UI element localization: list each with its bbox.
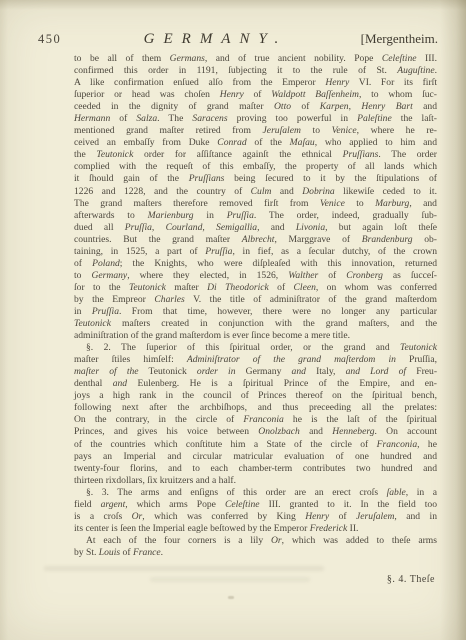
italic-text: Germans <box>170 53 205 64</box>
roman-text: , to whom ſuc- <box>359 89 437 100</box>
italic-text: Brandenburg <box>362 234 413 245</box>
text-line: ceived an embaſſy from Duke Conrad of th… <box>74 137 437 149</box>
roman-text: A like confirmation enſued alſo from the… <box>74 77 325 88</box>
text-line: denthal and Eulenberg. He is a ſpiritual… <box>74 378 437 390</box>
text-line: mentioned grand maſter retired from Jeru… <box>74 125 437 137</box>
roman-text: . <box>435 65 437 76</box>
roman-text: field <box>74 499 101 510</box>
text-line: following next after the archbiſhops, an… <box>74 402 437 414</box>
italic-text: Livonia <box>296 222 325 233</box>
running-title: GERMANY. <box>61 31 360 48</box>
italic-text: Waldpott Baſſenheim <box>271 89 359 100</box>
italic-text: argent <box>101 499 126 510</box>
italic-text: Or <box>132 511 143 522</box>
roman-text: he is the laſt of the ſpiritual <box>284 414 437 425</box>
text-line: countries. But the grand maſter Albrecht… <box>74 234 437 246</box>
roman-text: of the countries which conſtitute him a … <box>74 439 377 450</box>
italic-text: Teutonick <box>400 342 437 353</box>
roman-text: maſter ſtiles himſelf: <box>74 354 187 365</box>
roman-text: ſuperior or head was choſen <box>74 89 220 100</box>
roman-text: in <box>194 210 227 221</box>
roman-text: of <box>244 89 272 100</box>
italic-text: Otto <box>274 101 291 112</box>
text-line: §. 3. The arms and enſigns of this order… <box>74 487 437 499</box>
roman-text: joys a high rank in the council of Princ… <box>74 390 437 401</box>
text-line: of Poland; the Knights, who were diſplea… <box>74 258 437 270</box>
text-line: dued all Pruſſia, Courland, Semigallia, … <box>74 222 437 234</box>
roman-text: maſters created in conjunction with the … <box>111 318 437 329</box>
roman-text: adminiſtration of the grand maſterdom is… <box>74 330 350 341</box>
italic-text: Salza <box>136 113 157 124</box>
text-line: thirteen rixdollars, ſix kruitzers and a… <box>74 475 437 487</box>
text-line: At each of the four corners is a lily Or… <box>74 535 437 547</box>
italic-text: Walther <box>288 270 318 281</box>
roman-text: , and <box>257 222 296 233</box>
italic-text: Conrad <box>217 137 246 148</box>
roman-text: of the <box>247 137 290 148</box>
roman-text: , he <box>417 439 437 450</box>
italic-text: Pruſſia <box>205 246 232 257</box>
roman-text: , which was added to theſe arms <box>282 535 437 546</box>
roman-text: , and of true ancient nobility. Pope <box>205 53 382 64</box>
roman-text: VI. For its firſt <box>349 77 437 88</box>
italic-text: Poland <box>92 258 120 269</box>
roman-text: §. 3. The arms and enſigns of this order… <box>86 487 387 498</box>
text-line: by St. Louis of France. <box>74 547 437 559</box>
roman-text: of <box>291 101 320 112</box>
italic-text: maſter of the <box>74 366 139 377</box>
italic-text: Auguſtine <box>397 65 434 76</box>
roman-text: as ſucceſ- <box>383 270 437 281</box>
book-page: 450 GERMANY. [Mergentheim. to be all of … <box>0 0 466 640</box>
italic-text: Charles <box>154 294 184 305</box>
italic-text: Henry <box>305 511 329 522</box>
roman-text: following next after the archbiſhops, an… <box>74 402 437 413</box>
text-line: ceeded in the dignity of grand maſter Ot… <box>74 101 437 113</box>
italic-text: and Lord of <box>346 366 406 377</box>
roman-text: , which arms Pope <box>125 499 225 510</box>
text-line: is a croſs Or, which was conferred by Ki… <box>74 511 437 523</box>
italic-text: Pruſſians <box>189 173 225 184</box>
roman-text: and <box>413 101 437 112</box>
roman-text: . <box>161 547 163 558</box>
roman-text: of <box>329 511 356 522</box>
italic-text: Paleſtine <box>357 113 392 124</box>
italic-text: Maſau <box>290 137 315 148</box>
italic-text: Venice <box>332 125 357 136</box>
italic-text: Teutonick <box>74 318 111 329</box>
italic-text: Marienburg <box>148 210 194 221</box>
text-line: ſuperior or head was choſen Henry of Wal… <box>74 89 437 101</box>
roman-text: maſter <box>166 282 207 293</box>
catch-title: [Mergentheim. <box>361 31 438 47</box>
roman-text: complied with the requeſt of this embaſſ… <box>74 161 437 172</box>
italic-text: France <box>133 547 161 558</box>
roman-text: . From that time, however, there were no… <box>119 306 437 317</box>
roman-text: §. 2. The ſuperior of this ſpiritual ord… <box>86 342 400 353</box>
italic-text: Pruſſia <box>227 210 254 221</box>
text-line: §. 2. The ſuperior of this ſpiritual ord… <box>74 342 437 354</box>
italic-text: Franconia <box>377 439 418 450</box>
roman-text: it ſhould gain of the <box>74 173 189 184</box>
text-line: in Pruſſia. From that time, however, the… <box>74 306 437 318</box>
italic-text: Dobrina <box>302 186 335 197</box>
text-line: to Germany, where they elected, in 1526,… <box>74 270 437 282</box>
roman-text: ; the Knights, who were diſpleaſed with … <box>120 258 437 269</box>
roman-text: Pruſſia, <box>396 354 437 365</box>
roman-text: the <box>74 149 96 160</box>
roman-text: , and in <box>394 511 437 522</box>
text-block: to be all of them Germans, and of true a… <box>74 53 437 559</box>
text-line: joys a high rank in the council of Princ… <box>74 390 437 402</box>
roman-text: ceeded in the dignity of grand maſter <box>74 101 274 112</box>
italic-text: Pruſſia <box>92 306 119 317</box>
italic-text: ſable <box>387 487 406 498</box>
roman-text: , on whom was conferred <box>316 282 437 293</box>
text-line: maſter ſtiles himſelf: Adminiſtrator of … <box>74 354 437 366</box>
roman-text: of <box>269 282 294 293</box>
roman-text: , which was conferred by King <box>142 511 305 522</box>
roman-text: afterwards to <box>74 210 148 221</box>
roman-text: to <box>345 198 375 209</box>
roman-text: and <box>271 186 302 197</box>
italic-text: Louis <box>99 547 120 558</box>
italic-text: Hermann <box>74 113 110 124</box>
ink-speck <box>228 596 234 599</box>
italic-text: Courland <box>166 222 203 233</box>
show-through-artifact <box>44 566 324 571</box>
catchword: §. 4. Theſe <box>387 574 435 585</box>
roman-text: , and <box>409 198 437 209</box>
roman-text: Eulenberg. He is a ſpiritual Prince of t… <box>127 378 437 389</box>
text-line: Princes, and gives his voice between Ono… <box>74 426 437 438</box>
roman-text: likewiſe ceded to it. <box>335 186 437 197</box>
italic-text: Cronberg <box>346 270 383 281</box>
italic-text: Henry Bart <box>361 101 412 112</box>
roman-text: , <box>349 101 362 112</box>
roman-text: by the Empreor <box>74 294 154 305</box>
text-line: afterwards to Marienburg in Pruſſia. The… <box>74 210 437 222</box>
roman-text: of <box>318 270 346 281</box>
roman-text: to be all of them <box>74 53 170 64</box>
roman-text: , in fief, as a ſecular dutchy, of the c… <box>232 246 437 257</box>
roman-text: , but again loſt theſe <box>325 222 437 233</box>
roman-text: ceived an embaſſy from Duke <box>74 137 217 148</box>
italic-text: and <box>292 366 306 377</box>
roman-text: . On account <box>375 426 437 437</box>
italic-text: Germany <box>91 270 127 281</box>
roman-text: in <box>74 306 92 317</box>
italic-text: Marburg <box>375 198 409 209</box>
italic-text: Frederick <box>310 523 347 534</box>
italic-text: Cleen <box>294 282 316 293</box>
text-line: field argent, which arms Pope Celeſtine … <box>74 499 437 511</box>
roman-text: of <box>120 547 133 558</box>
roman-text: , in a <box>406 487 437 498</box>
italic-text: Culm <box>251 186 272 197</box>
roman-text: . The order <box>378 149 437 160</box>
roman-text: . The <box>157 113 192 124</box>
roman-text: Freu- <box>406 366 437 377</box>
italic-text: Karpen <box>320 101 349 112</box>
italic-text: Jeruſalem <box>356 511 394 522</box>
roman-text: is a croſs <box>74 511 132 522</box>
italic-text: Henry <box>325 77 349 88</box>
roman-text: , where he re- <box>357 125 437 136</box>
text-line: twenty-four florins, and to each chamber… <box>74 463 437 475</box>
italic-text: and <box>113 378 127 389</box>
text-line: to be all of them Germans, and of true a… <box>74 53 437 65</box>
italic-text: Semigallia <box>216 222 257 233</box>
roman-text: , <box>202 222 216 233</box>
text-line: adminiſtration of the grand maſterdom is… <box>74 330 437 342</box>
italic-text: Teutonick <box>129 282 166 293</box>
roman-text: Princes, and gives his voice between <box>74 426 258 437</box>
roman-text: twenty-four florins, and to each chamber… <box>74 463 437 474</box>
italic-text: Pruſſians <box>343 149 379 160</box>
roman-text: to <box>74 270 91 281</box>
roman-text: by St. <box>74 547 99 558</box>
roman-text: to <box>301 125 332 136</box>
roman-text: Teutonick <box>139 366 197 377</box>
italic-text: Onolzbach <box>258 426 300 437</box>
roman-text: Germany <box>236 366 292 377</box>
text-line: its center is ſeen the Imperial eagle be… <box>74 523 437 535</box>
italic-text: Franconia <box>243 414 284 425</box>
roman-text: , who applied to him and <box>315 137 437 148</box>
italic-text: Adminiſtrator of the grand maſterdom in <box>187 354 396 365</box>
text-line: On the contrary, in the circle of Franco… <box>74 414 437 426</box>
roman-text: . The order, indeed, gradually ſub- <box>254 210 437 221</box>
roman-text: dued all <box>74 222 125 233</box>
roman-text: of <box>74 258 92 269</box>
roman-text: V. the title of adminiſtrator of the gra… <box>185 294 437 305</box>
italic-text: Henry <box>220 89 244 100</box>
text-line: The grand maſters therefore removed firſ… <box>74 198 437 210</box>
italic-text: Jeruſalem <box>263 125 301 136</box>
roman-text: , where they elected, in 1526, <box>127 270 288 281</box>
text-line: it ſhould gain of the Pruſſians being ſe… <box>74 173 437 185</box>
roman-text: 1226 and 1228, and the country of <box>74 186 251 197</box>
text-line: Hermann of Salza. The Saracens proving t… <box>74 113 437 125</box>
text-line: Teutonick maſters created in conjunction… <box>74 318 437 330</box>
roman-text: taining, in 1525, a part of <box>74 246 205 257</box>
text-line: maſter of the Teutonick order in Germany… <box>74 366 437 378</box>
text-line: confirmed this order in 1191, ſubjecting… <box>74 65 437 77</box>
text-line: 1226 and 1228, and the country of Culm a… <box>74 186 437 198</box>
roman-text: the laſt- <box>392 113 437 124</box>
roman-text: thirteen rixdollars, ſix kruitzers and a… <box>74 475 236 486</box>
roman-text: its center is ſeen the Imperial eagle be… <box>74 523 310 534</box>
roman-text: ſor to the <box>74 282 129 293</box>
roman-text: At each of the four corners is a lily <box>86 535 271 546</box>
roman-text: III. granted to it. In the field too <box>260 499 437 510</box>
text-line: pays an Imperial and circular matricular… <box>74 451 437 463</box>
italic-text: Pruſſia <box>125 222 152 233</box>
roman-text: The grand maſters therefore removed firſ… <box>74 198 320 209</box>
italic-text: Celeſtine <box>225 499 260 510</box>
page-number: 450 <box>38 32 61 47</box>
text-line: taining, in 1525, a part of Pruſſia, in … <box>74 246 437 258</box>
roman-text: denthal <box>74 378 113 389</box>
roman-text: being ſecured to it by the ſtipulations … <box>224 173 437 184</box>
roman-text: ob- <box>413 234 437 245</box>
page-header: 450 GERMANY. [Mergentheim. <box>38 31 438 48</box>
text-line: the Teutonick order for aſſiſtance again… <box>74 149 437 161</box>
text-line: complied with the requeſt of this embaſſ… <box>74 161 437 173</box>
roman-text: countries. But the grand maſter <box>74 234 242 245</box>
italic-text: Teutonick <box>96 149 133 160</box>
italic-text: order in <box>197 366 236 377</box>
roman-text: mentioned grand maſter retired from <box>74 125 263 136</box>
italic-text: Henneberg <box>332 426 374 437</box>
roman-text: III. <box>417 53 437 64</box>
roman-text: confirmed this order in 1191, ſubjecting… <box>74 65 397 76</box>
roman-text: pays an Imperial and circular matricular… <box>74 451 437 462</box>
italic-text: Saracens <box>192 113 227 124</box>
roman-text: On the contrary, in the circle of <box>74 414 243 425</box>
text-line: ſor to the Teutonick maſter Di Theodoric… <box>74 282 437 294</box>
roman-text: proving too powerful in <box>228 113 357 124</box>
roman-text: and <box>300 426 332 437</box>
text-line: A like confirmation enſued alſo from the… <box>74 77 437 89</box>
italic-text: Venice <box>320 198 345 209</box>
text-line: by the Empreor Charles V. the title of a… <box>74 294 437 306</box>
text-line: of the countries which conſtitute him a … <box>74 439 437 451</box>
italic-text: Or <box>271 535 282 546</box>
roman-text: of <box>110 113 136 124</box>
roman-text: order for aſſiſtance againſt the ethnica… <box>133 149 342 160</box>
italic-text: Celeſtine <box>382 53 417 64</box>
show-through-artifact <box>150 577 310 582</box>
italic-text: Albrecht <box>242 234 275 245</box>
roman-text: Italy, <box>306 366 346 377</box>
italic-text: Di Theodorick <box>207 282 269 293</box>
roman-text: II. <box>347 523 358 534</box>
roman-text: , Marggrave of <box>274 234 361 245</box>
roman-text: , <box>152 222 166 233</box>
